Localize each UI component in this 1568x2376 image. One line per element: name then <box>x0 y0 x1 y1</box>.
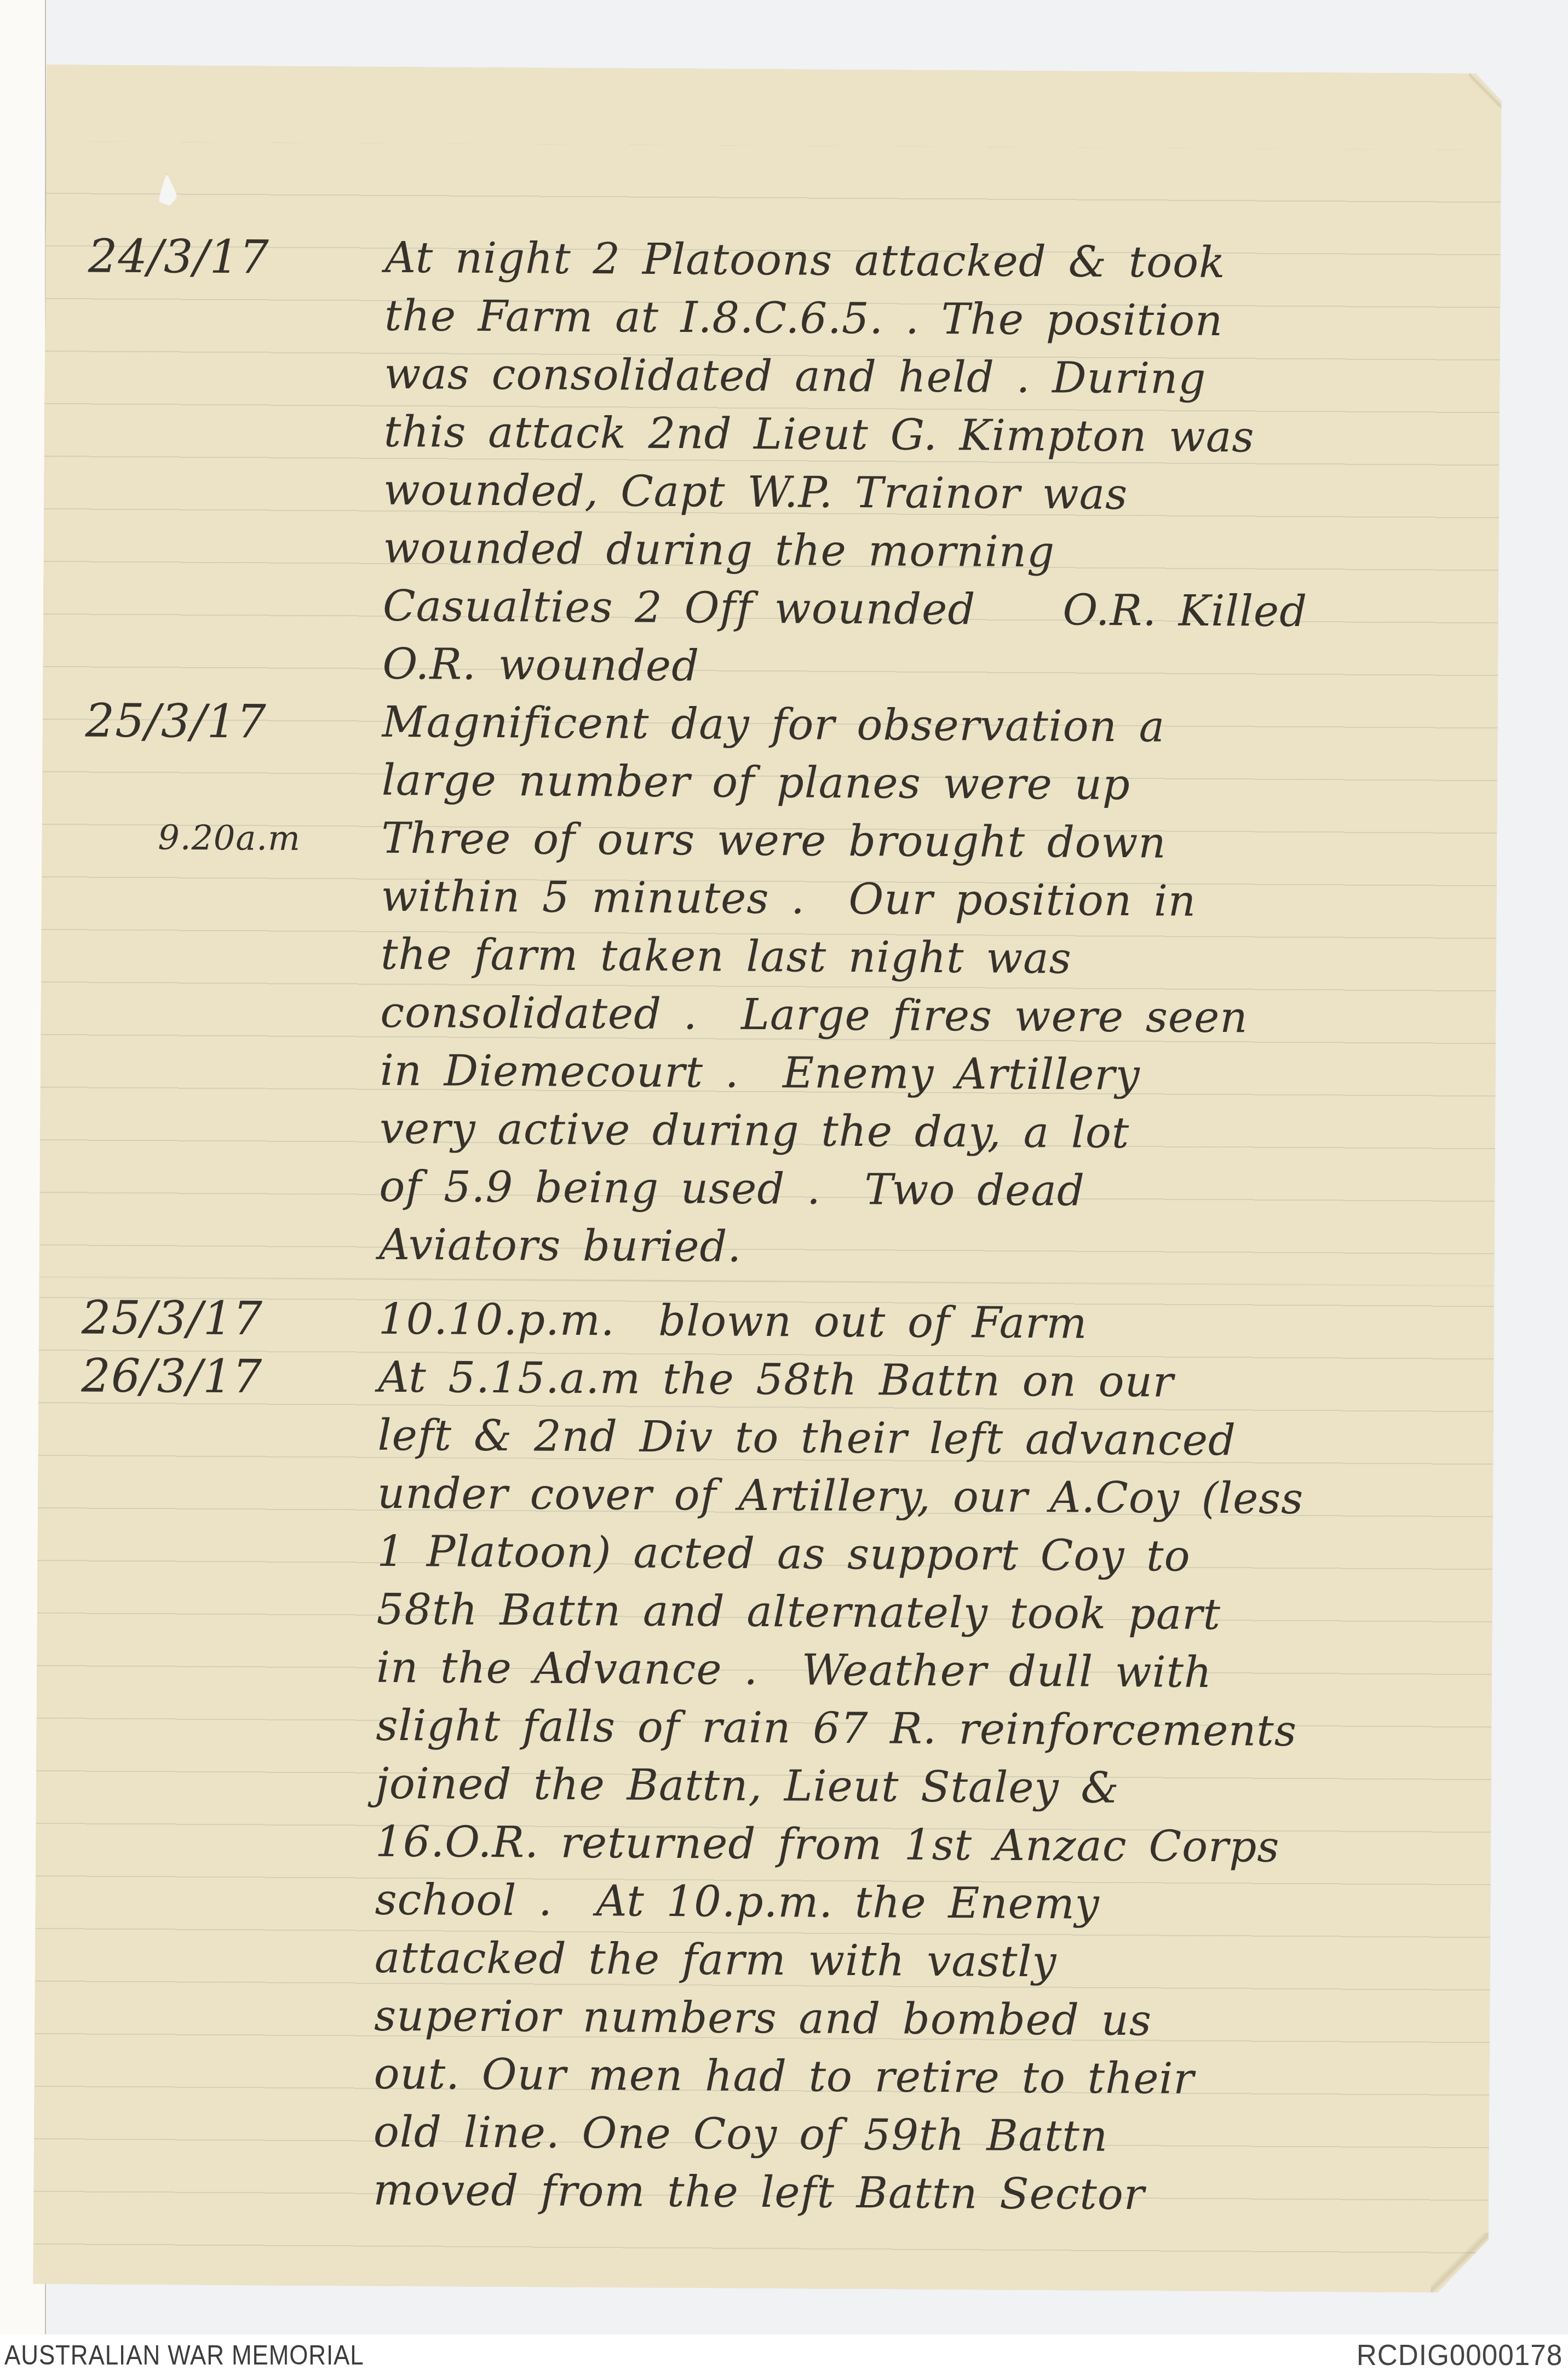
diary-line: moved from the left Battn Sector <box>33 2159 1489 2226</box>
entry-text: attacked the farm with vastly <box>375 1933 1491 1989</box>
diary-line: 1 Platoon) acted as support Coy to <box>37 1520 1493 1587</box>
entry-date <box>35 1956 375 1958</box>
entry-text: At 5.15.a.m the 58th Battn on our <box>378 1353 1494 1409</box>
entry-text: Aviators buried. <box>379 1220 1495 1276</box>
diary-line: Aviators buried. <box>39 1214 1495 1281</box>
entry-date <box>40 1127 380 1129</box>
entry-date <box>37 1666 376 1668</box>
entry-text: At night 2 Platoons attacked & took <box>385 233 1501 289</box>
entry-time: 9.20a.m <box>42 816 381 858</box>
diary-line: left & 2nd Div to their left advanced <box>38 1404 1494 1471</box>
entry-text: 16.O.R. returned from 1st Anzac Corps <box>375 1817 1491 1873</box>
diary-line: joined the Battn, Lieut Staley & <box>36 1753 1492 1820</box>
diary-line: in the Advance . Weather dull with <box>37 1637 1492 1703</box>
diary-line: large number of planes were up <box>42 749 1498 816</box>
diary-line: superior numbers and bombed us <box>35 1985 1490 2052</box>
entry-date <box>41 1011 380 1013</box>
diary-line: O.R. wounded <box>43 633 1498 700</box>
item-id: RCDIG0000178 <box>1357 2338 1563 2372</box>
entry-date <box>41 1069 380 1071</box>
diary-line: 25/3/1710.10.p.m. blown out of Farm <box>39 1288 1495 1355</box>
entry-date <box>38 1433 378 1436</box>
entry-text: 10.10.p.m. blown out of Farm <box>378 1295 1495 1351</box>
diary-line: Casualties 2 Off wounded O.R. Killed <box>43 575 1499 642</box>
entry-date <box>35 2014 374 2016</box>
entry-date <box>33 2188 373 2190</box>
entry-date <box>40 1185 380 1187</box>
entry-text: wounded, Capt W.P. Trainor was <box>383 466 1500 521</box>
entry-date: 26/3/17 <box>38 1348 378 1404</box>
entry-text: under cover of Artillery, our A.Coy (les… <box>377 1469 1494 1525</box>
archive-name: AUSTRALIAN WAR MEMORIAL <box>4 2339 364 2371</box>
diary-line: the Farm at I.8.C.6.5. . The position <box>45 285 1501 352</box>
entry-date <box>38 1491 377 1494</box>
diary-line: old line. One Coy of 59th Battn <box>34 2101 1490 2168</box>
entry-date <box>36 1840 375 1842</box>
entry-text: O.R. wounded <box>382 640 1498 696</box>
diary-line: consolidated . Large fires were seen <box>41 982 1496 1048</box>
entry-text: joined the Battn, Lieut Staley & <box>376 1759 1492 1815</box>
diary-line: was consolidated and held . During <box>44 343 1500 410</box>
entry-date: 25/3/17 <box>39 1290 379 1346</box>
entry-date <box>36 1724 376 1726</box>
diary-line: 24/3/17At night 2 Platoons attacked & to… <box>45 227 1501 294</box>
entry-date <box>43 604 383 606</box>
entry-text: 1 Platoon) acted as support Coy to <box>377 1527 1493 1583</box>
entry-text: Magnificent day for observation a <box>382 698 1498 754</box>
entry-text: 58th Battn and alternately took part <box>377 1585 1493 1641</box>
diary-line: wounded, Capt W.P. Trainor was <box>44 459 1500 526</box>
diary-line: 16.O.R. returned from 1st Anzac Corps <box>36 1811 1491 1878</box>
diary-line: very active during the day, a lot <box>40 1098 1496 1164</box>
entry-date <box>36 1898 375 1900</box>
entry-text: moved from the left Battn Sector <box>373 2166 1489 2222</box>
diary-line: slight falls of rain 67 R. reinforcement… <box>36 1695 1492 1761</box>
entry-date <box>45 314 384 316</box>
entry-date: 24/3/17 <box>45 229 386 285</box>
entry-text: out. Our men had to retire to their <box>374 2050 1490 2105</box>
entry-text: this attack 2nd Lieut G. Kimpton was <box>384 408 1500 463</box>
entry-text: in the Advance . Weather dull with <box>376 1643 1492 1699</box>
diary-line: attacked the farm with vastly <box>35 1927 1491 1994</box>
paper-tear <box>158 173 177 205</box>
entry-text: slight falls of rain 67 R. reinforcement… <box>376 1701 1492 1757</box>
diary-lines: 24/3/17At night 2 Platoons attacked & to… <box>33 227 1501 2226</box>
diary-line: 58th Battn and alternately took part <box>37 1579 1492 1645</box>
entry-text: within 5 minutes . Our position in <box>381 872 1497 928</box>
diary-line: in Diemecourt . Enemy Artillery <box>40 1040 1496 1106</box>
entry-date <box>42 894 381 897</box>
diary-line: 9.20a.mThree of ours were brought down <box>42 807 1497 874</box>
entry-date <box>35 2072 374 2074</box>
entry-text: very active during the day, a lot <box>380 1104 1496 1160</box>
entry-text: large number of planes were up <box>382 756 1498 812</box>
entry-date <box>42 778 382 780</box>
diary-line: this attack 2nd Lieut G. Kimpton was <box>44 401 1500 468</box>
entry-text: Three of ours were brought down <box>381 814 1497 870</box>
diary-page: 24/3/17At night 2 Platoons attacked & to… <box>33 65 1502 2293</box>
diary-line: 25/3/17Magnificent day for observation a <box>42 691 1498 758</box>
footer-band: AUSTRALIAN WAR MEMORIAL RCDIG0000178 <box>0 2334 1568 2376</box>
diary-line: under cover of Artillery, our A.Coy (les… <box>38 1462 1494 1529</box>
entry-date <box>36 1782 376 1784</box>
entry-text: school . At 10.p.m. the Enemy <box>375 1875 1491 1931</box>
entry-text: old line. One Coy of 59th Battn <box>374 2108 1490 2163</box>
diary-line: out. Our men had to retire to their <box>34 2043 1490 2110</box>
entry-date <box>44 546 383 548</box>
diary-line: of 5.9 being used . Two dead <box>39 1156 1495 1223</box>
entry-text: of 5.9 being used . Two dead <box>379 1162 1495 1218</box>
entry-text: was consolidated and held . During <box>384 349 1500 405</box>
entry-text: wounded during the morning <box>383 524 1499 579</box>
diary-line: the farm taken last night was <box>41 923 1497 990</box>
entry-text: the Farm at I.8.C.6.5. . The position <box>384 291 1501 347</box>
entry-date <box>41 952 381 955</box>
entry-text: in Diemecourt . Enemy Artillery <box>380 1046 1496 1102</box>
entry-text: the farm taken last night was <box>381 930 1497 986</box>
entry-date: 25/3/17 <box>42 693 382 749</box>
diary-line: within 5 minutes . Our position in <box>41 865 1497 932</box>
entry-text: superior numbers and bombed us <box>374 1992 1490 2047</box>
entry-date <box>44 430 384 432</box>
entry-date <box>34 2130 374 2132</box>
diary-line: 26/3/17At 5.15.a.m the 58th Battn on our <box>38 1346 1494 1413</box>
entry-date <box>39 1243 379 1245</box>
entry-text: left & 2nd Div to their left advanced <box>377 1411 1494 1467</box>
entry-date <box>44 488 383 490</box>
entry-date <box>43 662 382 664</box>
entry-date <box>37 1608 377 1610</box>
diary-line: wounded during the morning <box>43 517 1499 584</box>
diary-line: school . At 10.p.m. the Enemy <box>35 1869 1491 1936</box>
entry-text: Casualties 2 Off wounded O.R. Killed <box>383 582 1499 638</box>
entry-text: consolidated . Large fires were seen <box>380 988 1496 1044</box>
entry-date <box>37 1549 377 1552</box>
entry-date <box>45 372 384 374</box>
